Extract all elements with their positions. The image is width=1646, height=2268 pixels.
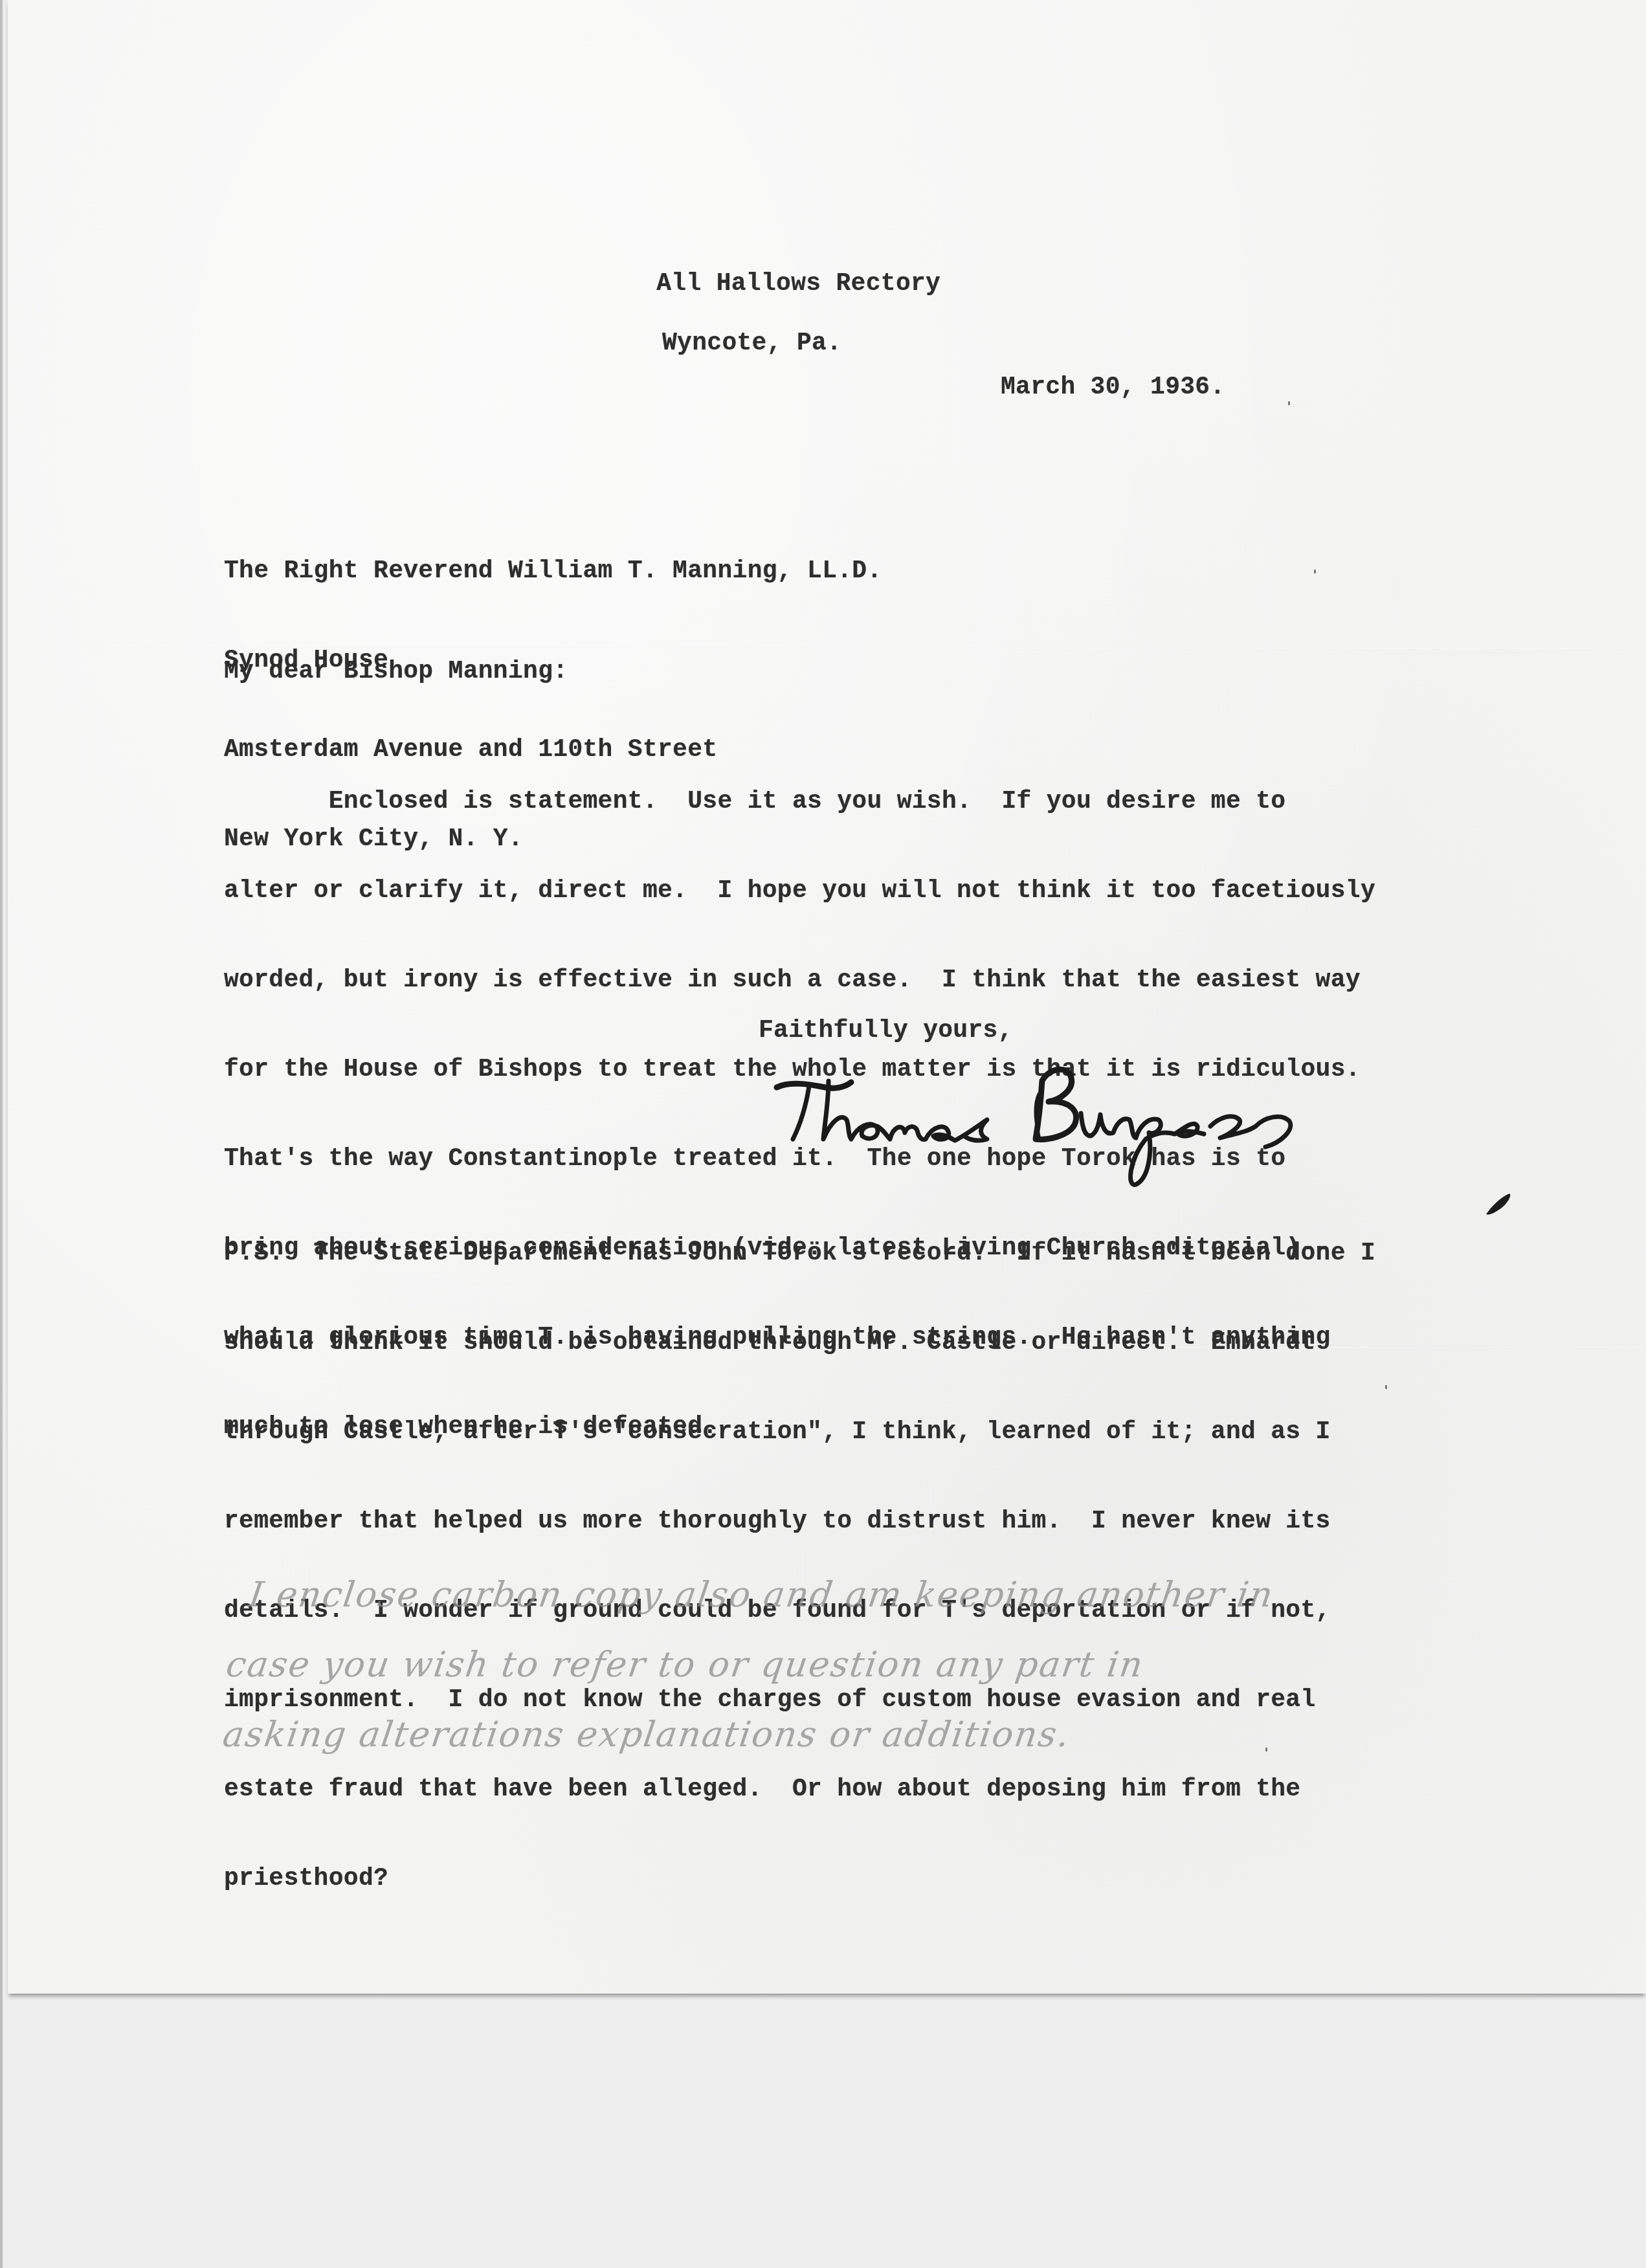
postscript-line: estate fraud that have been alleged. Or …: [224, 1775, 1375, 1805]
scan-speck: [1314, 570, 1316, 573]
body-line: worded, but irony is effective in such a…: [224, 966, 1375, 995]
postscript-line: should think it should be obtained throu…: [224, 1328, 1375, 1358]
letterhead-line-1: All Hallows Rectory: [656, 270, 940, 298]
ink-blot-mark: [1482, 1190, 1515, 1218]
scan-speck: [1265, 1748, 1267, 1751]
postscript-line: priesthood?: [224, 1864, 1375, 1894]
handwritten-line: case you wish to refer to or question an…: [221, 1630, 1269, 1700]
postscript-line: P.S. The State Department has John Török…: [224, 1239, 1375, 1269]
scan-speck: [1385, 1385, 1387, 1389]
scan-speck: [1288, 401, 1290, 405]
postscript: P.S. The State Department has John Török…: [224, 1179, 1375, 1924]
body-line: alter or clarify it, direct me. I hope y…: [224, 876, 1375, 906]
salutation: My dear Bishop Manning:: [224, 657, 568, 687]
handwritten-pencil-note: I enclose carbon copy also and am keepin…: [225, 1560, 1278, 1770]
letter-date: March 30, 1936.: [1001, 373, 1225, 403]
body-line: Enclosed is statement. Use it as you wis…: [224, 787, 1375, 817]
postscript-line: through Castle, after T's "consecration"…: [224, 1417, 1375, 1447]
closing: Faithfully yours,: [759, 1016, 1013, 1046]
letterhead-line-2: Wyncote, Pa.: [627, 329, 940, 359]
handwritten-line: asking alterations explanations or addit…: [218, 1700, 1259, 1770]
postscript-line: remember that helped us more thoroughly …: [224, 1507, 1375, 1537]
address-line: The Right Reverend William T. Manning, L…: [224, 557, 882, 586]
scanner-edge: [0, 0, 3, 2268]
handwritten-line: I enclose carbon copy also and am keepin…: [245, 1560, 1279, 1630]
letterhead: All Hallows Rectory Wyncote, Pa.: [627, 239, 940, 388]
